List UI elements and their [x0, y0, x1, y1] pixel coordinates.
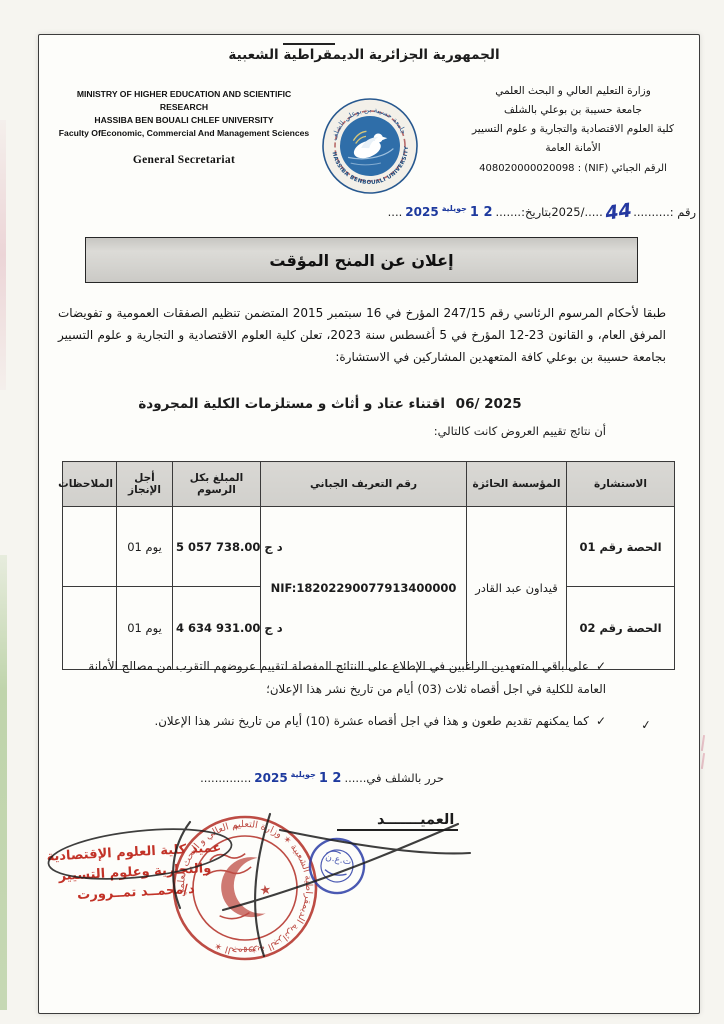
announcement-title-box: إعلان عن المنح المؤقت	[85, 237, 638, 283]
nif-label: الرقم الجبائي (NIF) :	[578, 163, 667, 174]
check-icon: ✓	[596, 714, 606, 728]
university-logo: جامعة حسيبة بن بوعلي الشلف HASSIBA BENBO…	[316, 92, 424, 200]
scanned-document-page: الجمهورية الجزائرية الديمقراطية الشعبية …	[0, 0, 724, 1024]
header-delay: أجل الإنجاز	[117, 462, 173, 507]
scan-edge-pink-strip	[0, 120, 6, 390]
ministry-block-en: MINISTRY OF HIGHER EDUCATION AND SCIENTI…	[55, 88, 313, 169]
svg-text:✶: ✶	[249, 946, 258, 957]
ministry-ar-line: وزارة التعليم العالي و البحث العلمي	[448, 82, 698, 101]
country-title: الجمهورية الجزائرية الديمقراطية الشعبية	[38, 47, 690, 63]
announcement-title: إعلان عن المنح المؤقت	[269, 251, 453, 270]
country-title-overline	[283, 43, 335, 45]
table-header-row: الاستشارة المؤسسة الحائزة رقم التعريف ال…	[63, 462, 675, 507]
ref-number-label: رقم :	[670, 205, 696, 219]
issued-date-stamp: 2 1جويلية2025	[254, 770, 341, 786]
university-en-line: HASSIBA BEN BOUALI CHLEF UNIVERSITY	[55, 114, 313, 127]
date-stamp: 2 1جويلية2025	[405, 204, 492, 220]
bullet-text: على باقي المتعهدين الراغبين في الإطلاع ع…	[88, 659, 606, 696]
amount-cell: 5 057 738.00 د ج	[173, 507, 261, 587]
red-round-stamp-icon: الجمهورية الجزائرية الديمقراطية الشعبية …	[165, 808, 325, 968]
dotted-leader: ......	[344, 771, 366, 785]
dotted-leader: .......	[495, 205, 521, 219]
faculty-ar-line: كلية العلوم الاقتصادية والتجارية و علوم …	[448, 120, 698, 139]
handwritten-ref-number: 44	[604, 199, 633, 224]
pink-margin-mark	[699, 733, 708, 775]
nif-cell: NIF:18202290077913400000	[261, 507, 467, 670]
issued-label: حرر بالشلف في	[366, 771, 444, 785]
check-icon: ✓	[596, 659, 606, 673]
notes-cell	[63, 507, 117, 587]
svg-text:✶: ✶	[232, 823, 241, 834]
nif-line: الرقم الجبائي (NIF) : 408020000020098	[448, 160, 698, 178]
issued-line: حرر بالشلف في......2 1جويلية2025........…	[104, 770, 444, 786]
ministry-block-ar: وزارة التعليم العالي و البحث العلمي جامع…	[448, 82, 698, 178]
dotted-leader: ..........	[633, 205, 670, 219]
table-row: الحصة رقم 01 قيداون عبد القادر NIF:18202…	[63, 507, 675, 587]
delay-cell: 01 يوم	[117, 507, 173, 587]
bullet-item: ✓كما يمكنهم تقديم طعون و هذا في اجل أقصا…	[76, 710, 606, 733]
header-winner: المؤسسة الحائزة	[467, 462, 567, 507]
ministry-en-line: MINISTRY OF HIGHER EDUCATION AND SCIENTI…	[55, 88, 313, 114]
stray-check-mark: ✓	[640, 718, 651, 733]
header-consultation: الاستشارة	[567, 462, 675, 507]
winner-cell: قيداون عبد القادر	[467, 507, 567, 670]
university-logo-icon: جامعة حسيبة بن بوعلي الشلف HASSIBA BENBO…	[316, 92, 424, 200]
nif-value: 408020000020098	[479, 163, 574, 174]
header-nif: رقم التعريف الجباني	[261, 462, 467, 507]
dotted-leader: .....	[584, 205, 602, 219]
date-stamp-day: 2 1	[319, 771, 342, 786]
consultation-title: اقتناء عتاد و أثاث و مستلزمات الكلية الم…	[138, 396, 445, 412]
university-ar-line: جامعة حسيبة بن بوعلي بالشلف	[448, 101, 698, 120]
body-paragraph: طبقا لأحكام المرسوم الرئاسي رقم 247/15 ا…	[58, 302, 666, 369]
date-stamp-year: 2025	[254, 771, 287, 785]
date-stamp-day: 2 1	[470, 205, 493, 220]
results-table: الاستشارة المؤسسة الحائزة رقم التعريف ال…	[62, 461, 675, 670]
bullet-list: ✓على باقي المتعهدين الراغبين في الإطلاع …	[76, 655, 606, 743]
ref-date-label: بتاريخ:	[521, 205, 551, 219]
bullet-text: كما يمكنهم تقديم طعون و هذا في اجل أقصاه…	[155, 714, 589, 728]
date-stamp-month: جويلية	[291, 770, 316, 779]
stamps-and-signature: الجمهورية الجزائرية الديمقراطية الشعبية …	[18, 798, 488, 988]
faculty-en-line: Faculty OfEconomic, Commercial And Manag…	[55, 127, 313, 140]
ref-year-suffix: /2025	[551, 205, 584, 219]
date-stamp-month: جويلية	[442, 204, 467, 213]
consultation-line: 06/ 2025 اقتناء عتاد و أثاث و مستلزمات ا…	[90, 396, 570, 412]
header-notes: الملاحظات	[63, 462, 117, 507]
scan-edge-green-strip	[0, 555, 7, 1010]
bullet-item: ✓على باقي المتعهدين الراغبين في الإطلاع …	[76, 655, 606, 701]
reference-number-line: رقم :..........44...../2025بتاريخ:......…	[388, 199, 696, 221]
date-stamp-year: 2025	[405, 205, 438, 219]
header-amount: المبلغ بكل الرسوم	[173, 462, 261, 507]
consultation-number: 06/ 2025	[456, 396, 522, 412]
secretariat-en-line: General Secretariat	[55, 152, 313, 169]
lot-cell: الحصة رقم 01	[567, 507, 675, 587]
results-intro: أن نتائج تقييم العروض كانت كالتالي:	[434, 424, 606, 438]
secretariat-ar-line: الأمانة العامة	[448, 139, 698, 158]
dotted-leader: ..............	[200, 771, 251, 785]
dotted-leader: ....	[388, 205, 403, 219]
